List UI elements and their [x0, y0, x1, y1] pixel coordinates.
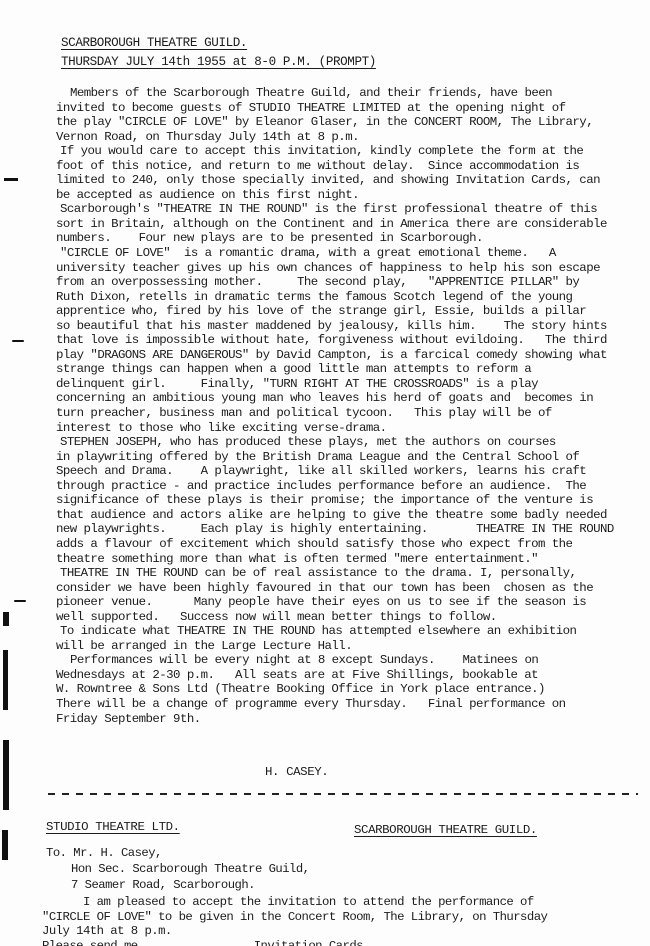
body-line: will be arranged in the Large Lecture Ha…: [56, 639, 646, 654]
body-line: apprentice who, fired by his love of the…: [56, 304, 646, 319]
margin-mark: [3, 650, 8, 710]
acceptance-line: July 14th at 8 p.m.: [42, 924, 547, 939]
margin-mark: [3, 740, 9, 810]
body-line: concerning an ambitious young man who le…: [56, 391, 646, 406]
body-line: "CIRCLE OF LOVE" is a romantic drama, wi…: [56, 246, 646, 261]
acceptance-line: Please send me.................Invitatio…: [42, 939, 547, 946]
body-line: so beautiful that his master maddened by…: [56, 319, 646, 334]
typewritten-letter: SCARBOROUGH THEATRE GUILD. THURSDAY JULY…: [0, 0, 650, 946]
body-line: well supported. Success now will mean be…: [56, 610, 646, 625]
letter-body: Members of the Scarborough Theatre Guild…: [56, 86, 646, 726]
body-line: STEPHEN JOSEPH, who has produced these p…: [56, 435, 646, 450]
reply-slip-left-heading: STUDIO THEATRE LTD.: [46, 820, 180, 834]
address-line-1: To. Mr. H. Casey,: [46, 845, 309, 861]
acceptance-line: I am pleased to accept the invitation to…: [42, 895, 547, 910]
body-line: limited to 240, only those specially inv…: [56, 173, 646, 188]
body-line: be accepted as audience on this first ni…: [56, 188, 646, 203]
body-line: sort in Britain, although on the Contine…: [56, 217, 646, 232]
body-line: pioneer venue. Many people have their ey…: [56, 595, 646, 610]
body-line: that love is impossible without hate, fo…: [56, 333, 646, 348]
address-line-3: 7 Seamer Road, Scarborough.: [46, 877, 309, 893]
signature: H. CASEY.: [265, 765, 328, 779]
address-line-2: Hon Sec. Scarborough Theatre Guild,: [46, 861, 309, 877]
date-heading: THURSDAY JULY 14th 1955 at 8-0 P.M. (PRO…: [61, 55, 376, 69]
body-line: adds a flavour of excitement which shoul…: [56, 537, 646, 552]
tear-off-dashed-line: [48, 793, 638, 795]
body-line: Ruth Dixon, retells in dramatic terms th…: [56, 290, 646, 305]
body-line: strange things can happen when a good li…: [56, 362, 646, 377]
body-line: foot of this notice, and return to me wi…: [56, 159, 646, 174]
margin-mark: [3, 612, 9, 626]
body-line: the play "CIRCLE OF LOVE" by Eleanor Gla…: [56, 115, 646, 130]
body-line: Performances will be every night at 8 ex…: [56, 653, 646, 668]
reply-slip-right-heading: SCARBOROUGH THEATRE GUILD.: [354, 823, 537, 837]
body-line: W. Rowntree & Sons Ltd (Theatre Booking …: [56, 682, 646, 697]
body-line: invited to become guests of STUDIO THEAT…: [56, 101, 646, 116]
body-line: that audience and actors alike are helpi…: [56, 508, 646, 523]
acceptance-line: "CIRCLE OF LOVE" to be given in the Conc…: [42, 910, 547, 925]
body-line: To indicate what THEATRE IN THE ROUND ha…: [56, 624, 646, 639]
body-line: theatre something more than what is ofte…: [56, 552, 646, 567]
reply-address: To. Mr. H. Casey, Hon Sec. Scarborough T…: [46, 845, 309, 893]
body-line: Friday September 9th.: [56, 712, 646, 727]
margin-mark: [14, 600, 26, 602]
body-line: play "DRAGONS ARE DANGEROUS" by David Ca…: [56, 348, 646, 363]
body-line: There will be a change of programme ever…: [56, 697, 646, 712]
body-line: numbers. Four new plays are to be presen…: [56, 231, 646, 246]
body-line: turn preacher, business man and politica…: [56, 406, 646, 421]
margin-mark: [4, 178, 18, 181]
body-line: Wednesdays at 2-30 p.m. All seats are at…: [56, 668, 646, 683]
body-line: in playwriting offered by the British Dr…: [56, 450, 646, 465]
body-line: significance of these plays is their pro…: [56, 493, 646, 508]
body-line: consider we have been highly favoured in…: [56, 581, 646, 596]
acceptance-text: I am pleased to accept the invitation to…: [42, 895, 547, 946]
body-line: university teacher gives up his own chan…: [56, 261, 646, 276]
body-line: from an overpossessing mother. The secon…: [56, 275, 646, 290]
margin-mark: [12, 340, 24, 342]
body-line: Vernon Road, on Thursday July 14th at 8 …: [56, 130, 646, 145]
body-line: through practice - and practice includes…: [56, 479, 646, 494]
body-line: If you would care to accept this invitat…: [56, 144, 646, 159]
body-line: THEATRE IN THE ROUND can be of real assi…: [56, 566, 646, 581]
body-line: delinquent girl. Finally, "TURN RIGHT AT…: [56, 377, 646, 392]
organisation-heading: SCARBOROUGH THEATRE GUILD.: [61, 36, 247, 50]
body-line: interest to those who like exciting vers…: [56, 421, 646, 436]
margin-mark: [2, 830, 8, 860]
body-line: Speech and Drama. A playwright, like all…: [56, 464, 646, 479]
body-line: new playwrights. Each play is highly ent…: [56, 522, 646, 537]
body-line: Scarborough's "THEATRE IN THE ROUND" is …: [56, 202, 646, 217]
body-line: Members of the Scarborough Theatre Guild…: [56, 86, 646, 101]
